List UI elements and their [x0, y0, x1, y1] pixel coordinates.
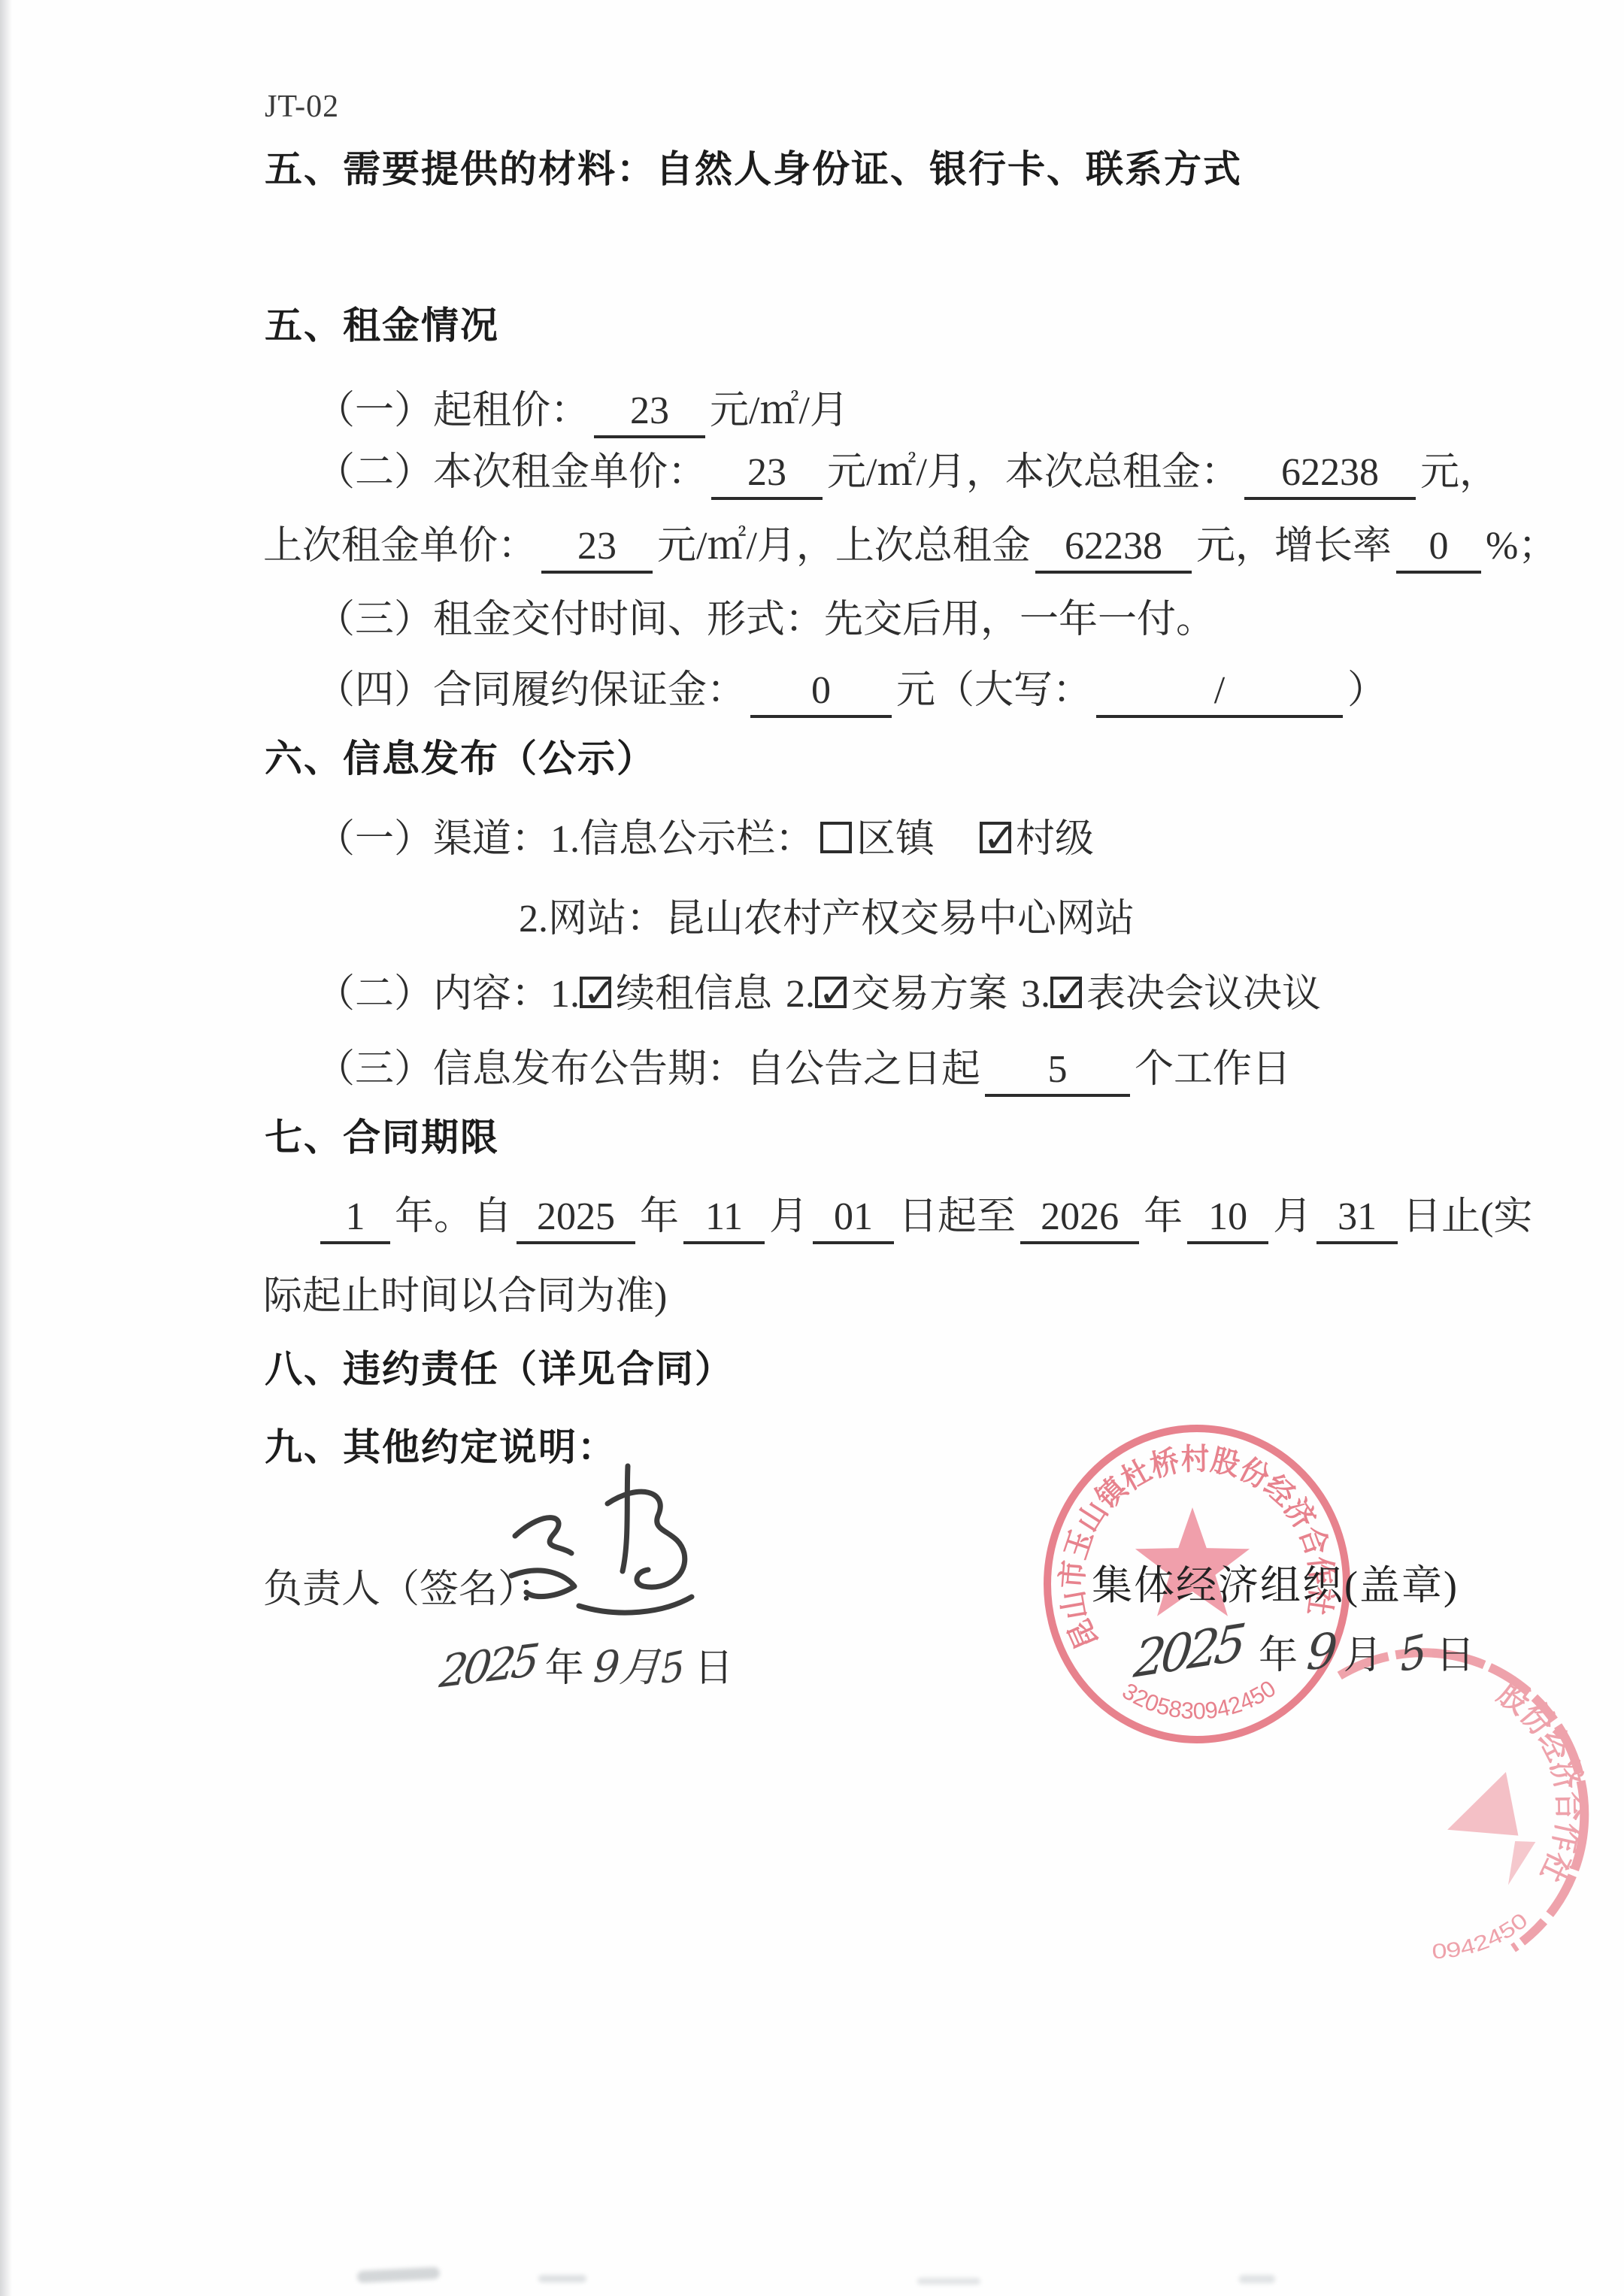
rent-item3-line: （三）租金交付时间、形式：先交后用，一年一付。: [316, 595, 1215, 644]
end-year-field: 2026: [1020, 1192, 1139, 1244]
website-line: 2.网站：昆山农村产权交易中心网站: [519, 895, 1135, 944]
form-code: JT-02: [265, 87, 339, 127]
checkbox-district-town: [820, 822, 852, 853]
publish-heading: 六、信息发布（公示）: [265, 735, 656, 783]
left-date-month-handwritten: 9: [592, 1640, 621, 1695]
start-month-field: 11: [683, 1192, 765, 1244]
channel-label: （一）渠道：1.信息公示栏：: [316, 818, 814, 861]
rent-item1-line: （一）起租价：23元/㎡/月: [316, 386, 849, 438]
breach-heading: 八、违约责任（详见合同）: [265, 1346, 734, 1393]
content-item-plan-label: 交易方案: [851, 973, 1007, 1016]
org-stamp-label: 集体经济组织(盖章): [1092, 1561, 1459, 1612]
partial-seal: 股份经济合作社 0942450: [1278, 1631, 1624, 1985]
period-unit: 个工作日: [1135, 1048, 1291, 1091]
right-date-month-handwritten: 9: [1304, 1621, 1339, 1683]
rent-item2-line: （二）本次租金单价：23元/㎡/月，本次总租金：62238元，: [316, 448, 1498, 500]
rent-prev-total-label: 上次总租金: [835, 525, 1031, 568]
content-item-resolution-label: 表决会议决议: [1086, 973, 1321, 1016]
content-line: （二）内容：1.续租信息2.交易方案3.表决会议决议: [316, 970, 1335, 1019]
channel-line: （一）渠道：1.信息公示栏：区镇村级: [316, 815, 1098, 864]
rent-prev-total-unit: 元，: [1196, 525, 1274, 568]
period-field: 5: [985, 1045, 1130, 1097]
checkbox-trade-plan: [815, 977, 847, 1008]
left-date-month-unit: 月: [618, 1642, 662, 1693]
deposit-mid: 元（大写：: [896, 669, 1092, 712]
materials-heading: 五、需要提供的材料：自然人身份证、银行卡、联系方式: [265, 146, 1242, 193]
rent-item2-label: （二）本次租金单价：: [316, 451, 707, 494]
scan-edge-shadow: [0, 0, 12, 2296]
term-heading: 七、合同期限: [265, 1114, 499, 1162]
end-day-field: 31: [1316, 1192, 1398, 1244]
period-label: （三）信息发布公告期：自公告之日起: [316, 1048, 980, 1091]
growth-rate-field: 0: [1396, 522, 1481, 574]
growth-unit: %；: [1486, 525, 1557, 568]
checkbox-district-town-label: 区镇: [856, 818, 935, 861]
growth-label: 增长率: [1274, 525, 1392, 568]
period-line: （三）信息发布公告期：自公告之日起5个工作日: [316, 1045, 1291, 1097]
rent-item1-unit: 元/㎡/月: [710, 389, 849, 432]
scan-artifact: [538, 2275, 586, 2282]
content-item-renewal: 1.续租信息: [550, 973, 772, 1016]
scanned-form-page: JT-02 五、需要提供的材料：自然人身份证、银行卡、联系方式 五、租金情况 （…: [0, 0, 1624, 2296]
rent-prev-label: 上次租金单价：: [263, 525, 537, 568]
partial-seal-star-tip-lower: [1498, 1836, 1544, 1885]
scan-artifact: [1239, 2275, 1275, 2283]
responsible-signature: [489, 1457, 714, 1637]
partial-seal-star-tip: [1437, 1772, 1522, 1853]
prev-unit-price-field: 23: [541, 522, 653, 574]
rent-item1-label: （一）起租价：: [316, 389, 589, 432]
partial-seal-code: 0942450: [1425, 1906, 1536, 1968]
content-item-renewal-label: 续租信息: [616, 973, 772, 1016]
deposit-label: （四）合同履约保证金：: [316, 669, 746, 712]
rent-item2-unit: 元/㎡/月，: [827, 451, 1005, 494]
rent-prev-line: 上次租金单价：23元/㎡/月，上次总租金62238元，增长率0%；: [263, 522, 1557, 574]
right-date-day-handwritten: 5: [1398, 1622, 1429, 1684]
term-continuation: 际起止时间以合同为准): [263, 1272, 667, 1321]
prev-total-rent-field: 62238: [1035, 522, 1192, 574]
left-date: 2025年9月5日: [440, 1639, 742, 1694]
right-date-year-unit: 年: [1259, 1634, 1298, 1677]
right-date-year-handwritten: 2025: [1131, 1612, 1244, 1692]
term-line: 1年。自2025年11月01日起至2026年10月31日止(实: [316, 1192, 1532, 1244]
start-day-field: 01: [813, 1192, 894, 1244]
deposit-capital-field: /: [1096, 666, 1343, 718]
rent-prev-unit: 元/㎡/月，: [657, 525, 835, 568]
deposit-field: 0: [750, 666, 892, 718]
current-unit-price-field: 23: [711, 448, 823, 500]
left-date-day-unit: 日: [694, 1647, 733, 1690]
start-year-field: 2025: [517, 1192, 635, 1244]
end-month-field: 10: [1187, 1192, 1268, 1244]
checkbox-vote-resolution: [1050, 977, 1082, 1008]
content-item-plan: 2.交易方案: [786, 973, 1007, 1016]
right-date: 2025年9月5日: [1134, 1621, 1484, 1683]
right-date-month-unit: 月: [1344, 1634, 1383, 1677]
content-label: （二）内容：: [316, 973, 550, 1016]
left-date-year-handwritten: 2025: [437, 1632, 539, 1700]
checkbox-renewal-info: [580, 977, 611, 1008]
left-date-day-handwritten: 5: [659, 1641, 686, 1696]
rent-heading: 五、租金情况: [265, 302, 499, 350]
base-rent-field: 23: [594, 386, 705, 438]
rent-item4-line: （四）合同履约保证金：0元（大写：/）: [316, 666, 1386, 718]
current-total-rent-field: 62238: [1244, 448, 1416, 500]
svg-text:0942450: 0942450: [1425, 1906, 1536, 1968]
term-years-field: 1: [320, 1192, 390, 1244]
checkbox-village-level-label: 村级: [1016, 818, 1094, 861]
rent-item2-total-label: 本次总租金：: [1005, 451, 1240, 494]
scan-artifact: [357, 2267, 441, 2283]
scan-artifact: [917, 2278, 980, 2285]
deposit-end: ）: [1347, 669, 1386, 712]
right-date-day-unit: 日: [1436, 1634, 1475, 1677]
checkbox-village-level: [980, 822, 1011, 853]
left-date-year-unit: 年: [545, 1647, 584, 1690]
content-item-resolution: 3.表决会议决议: [1021, 973, 1321, 1016]
rent-item2-total-unit: 元，: [1420, 451, 1498, 494]
